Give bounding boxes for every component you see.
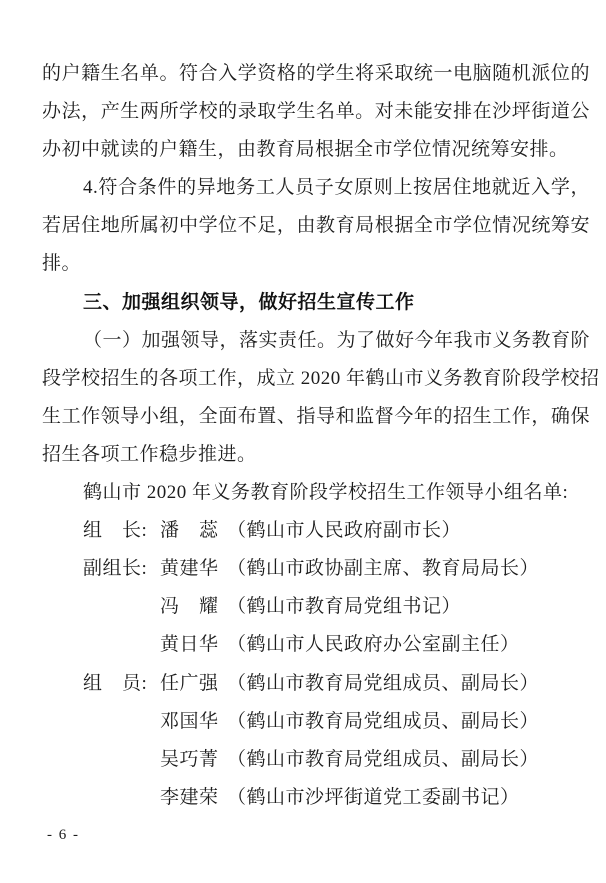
roster-position: （鹤山市沙坪街道党工委副书记）: [227, 779, 520, 817]
roster-role: [83, 703, 160, 741]
roster-position: （鹤山市教育局党组成员、副局长）: [227, 703, 539, 741]
roster-row-member: 组 员: 任广强 （鹤山市教育局党组成员、副局长）: [42, 665, 590, 703]
roster-name: 吴巧菁: [160, 741, 227, 779]
para3-line1: （一）加强领导，落实责任。为了做好今年我市义务教育阶: [42, 322, 590, 360]
roster-row-member: 邓国华 （鹤山市教育局党组成员、副局长）: [42, 703, 590, 741]
para3-line3: 生工作领导小组，全面布置、指导和监督今年的招生工作，确保: [42, 398, 590, 436]
para3-line2: 段学校招生的各项工作，成立 2020 年鹤山市义务教育阶段学校招: [42, 360, 590, 398]
roster-position: （鹤山市教育局党组成员、副局长）: [227, 741, 539, 779]
roster-role: [83, 741, 160, 779]
roster-position: （鹤山市人民政府副市长）: [227, 512, 461, 550]
roster-position: （鹤山市政协副主席、教育局局长）: [227, 550, 539, 588]
roster-name: 冯 耀: [160, 588, 227, 626]
roster-row-deputy-leader: 副组长: 黄建华 （鹤山市政协副主席、教育局局长）: [42, 550, 590, 588]
roster-position: （鹤山市人民政府办公室副主任）: [227, 626, 520, 664]
para1-line2: 办法，产生两所学校的录取学生名单。对未能安排在沙坪街道公: [42, 93, 590, 131]
para2-line2: 若居住地所属初中学位不足，由教育局根据全市学位情况统筹安: [42, 207, 590, 245]
roster-row-deputy-leader: 黄日华 （鹤山市人民政府办公室副主任）: [42, 626, 590, 664]
roster-name: 黄日华: [160, 626, 227, 664]
roster-role: 组 员:: [83, 665, 160, 703]
para1-line3: 办初中就读的户籍生，由教育局根据全市学位情况统筹安排。: [42, 131, 590, 169]
roster-name: 黄建华: [160, 550, 227, 588]
roster-name: 李建荣: [160, 779, 227, 817]
roster-name: 潘 蕊: [160, 512, 227, 550]
roster-name: 任广强: [160, 665, 227, 703]
roster-role: [83, 779, 160, 817]
para3-line4: 招生各项工作稳步推进。: [42, 436, 590, 474]
document-body: 的户籍生名单。符合入学资格的学生将采取统一电脑随机派位的 办法，产生两所学校的录…: [42, 55, 590, 817]
para2-line3: 排。: [42, 245, 590, 283]
roster-name: 邓国华: [160, 703, 227, 741]
roster-row-leader: 组 长: 潘 蕊 （鹤山市人民政府副市长）: [42, 512, 590, 550]
roster-role: [83, 588, 160, 626]
page-number: - 6 -: [47, 825, 80, 845]
para1-line1: 的户籍生名单。符合入学资格的学生将采取统一电脑随机派位的: [42, 55, 590, 93]
roster-role: 副组长:: [83, 550, 160, 588]
section-heading: 三、加强组织领导，做好招生宣传工作: [42, 284, 590, 322]
document-page: 的户籍生名单。符合入学资格的学生将采取统一电脑随机派位的 办法，产生两所学校的录…: [0, 0, 606, 883]
roster-position: （鹤山市教育局党组成员、副局长）: [227, 665, 539, 703]
roster-row-member: 李建荣 （鹤山市沙坪街道党工委副书记）: [42, 779, 590, 817]
roster-role: 组 长:: [83, 512, 160, 550]
roster-row-member: 吴巧菁 （鹤山市教育局党组成员、副局长）: [42, 741, 590, 779]
roster-row-deputy-leader: 冯 耀 （鹤山市教育局党组书记）: [42, 588, 590, 626]
roster-role: [83, 626, 160, 664]
roster-position: （鹤山市教育局党组书记）: [227, 588, 461, 626]
para2-line1: 4.符合条件的异地务工人员子女原则上按居住地就近入学，: [42, 169, 590, 207]
roster-title: 鹤山市 2020 年义务教育阶段学校招生工作领导小组名单:: [42, 474, 590, 512]
